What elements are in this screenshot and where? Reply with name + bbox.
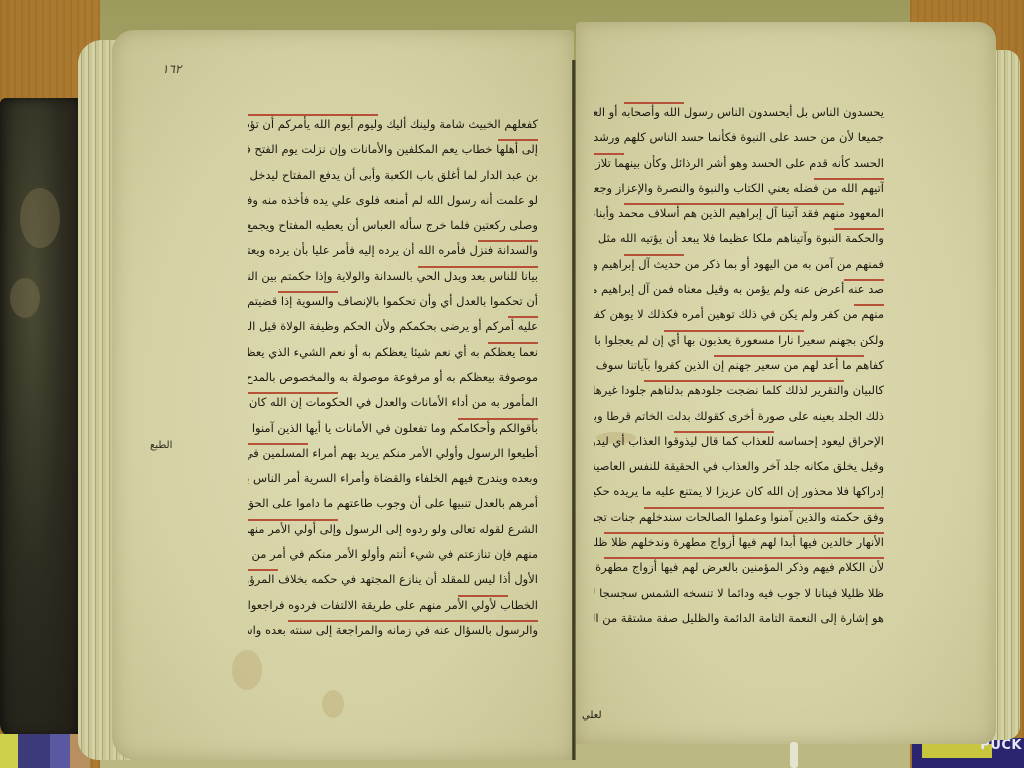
text-line: وقيل يخلق مكانه جلد آخر والعذاب في الحقي… xyxy=(594,454,884,479)
text-line: لأن الكلام فيهم وذكر المؤمنين بالعرض لهم… xyxy=(594,555,884,580)
text-line: ولكن بجهنم سعيرا نارا مسعورة يعذبون بها … xyxy=(594,328,884,353)
text-line: ذلك الجلد بعينه على صورة أخرى كقولك بدلت… xyxy=(594,404,884,429)
text-line: كفاهم ما أعد لهم من سعير جهنم إن الذين ك… xyxy=(594,353,884,378)
text-line: هو إشارة إلى النعمة التامة الدائمة والظل… xyxy=(594,606,884,631)
margin-note: الطبع xyxy=(150,440,172,451)
right-page-text: يحسدون الناس بل أيحسدون الناس رسول الله … xyxy=(594,100,884,631)
text-line: أطيعوا الرسول وأولي الأمر منكم يريد بهم … xyxy=(248,441,538,466)
text-line: الشرع لقوله تعالى ولو ردوه إلى الرسول وإ… xyxy=(248,517,538,542)
left-page-text: كفعلهم الخبيث شامة ولينك أليك وليوم أيوم… xyxy=(248,112,538,643)
text-line: والسدانة فنزل فأمره الله أن يرده إليه فأ… xyxy=(248,238,538,263)
text-line: الخطاب لأولي الأمر منهم على طريقة الالتف… xyxy=(248,593,538,618)
text-line: لو علمت أنه رسول الله لم أمنعه فلوى علي … xyxy=(248,188,538,213)
text-line: كالبيان والتقرير لذلك كلما نضجت جلودهم ب… xyxy=(594,378,884,403)
text-line: المأمور به من أداء الأمانات والعدل في ال… xyxy=(248,390,538,415)
cover-wear xyxy=(10,278,40,318)
text-line: الأول أذا ليس للمقلد أن ينازع المجتهد في… xyxy=(248,567,538,592)
text-line: منهم فإن تنازعتم في شيء أنتم وأولو الأمر… xyxy=(248,542,538,567)
book-gutter xyxy=(572,60,576,760)
text-line: نعما يعظكم به أي نعم شيئا يعظكم به أو نع… xyxy=(248,340,538,365)
book-cover xyxy=(0,98,82,738)
text-line: المعهود منهم فقد آتينا آل إبراهيم الذين … xyxy=(594,201,884,226)
text-line: كفعلهم الخبيث شامة ولينك أليك وليوم أيوم… xyxy=(248,112,538,137)
catchword: لعلي xyxy=(582,710,602,721)
cover-wear xyxy=(20,188,60,248)
text-line: وصلى ركعتين فلما خرج سأله العباس أن يعطي… xyxy=(248,213,538,238)
text-line: منهم من كفر ولم يكن في ذلك توهين أمره فك… xyxy=(594,302,884,327)
text-line: جميعا لأن من حسد على النبوة فكأنما حسد ا… xyxy=(594,125,884,150)
packaging-edge xyxy=(0,734,90,768)
folio-number: ١٦٢ xyxy=(162,62,181,76)
text-line: آتيهم الله من فضله يعني الكتاب والنبوة و… xyxy=(594,176,884,201)
text-line: بأقوالكم وأحكامكم وما تفعلون في الأمانات… xyxy=(248,416,538,441)
text-line: إلى أهلها خطاب يعم المكلفين والأمانات وإ… xyxy=(248,137,538,162)
text-line: صد عنه أعرض عنه ولم يؤمن به وقيل معناه ف… xyxy=(594,277,884,302)
text-line: أن تحكموا بالعدل أي وأن تحكموا بالإنصاف … xyxy=(248,289,538,314)
text-line: بن عبد الدار لما أغلق باب الكعبة وأبى أن… xyxy=(248,163,538,188)
text-line: وبعده ويندرج فيهم الخلفاء والقضاة وأمراء… xyxy=(248,466,538,491)
paper-stain xyxy=(322,690,344,718)
text-line: ظلا ظليلا فينانا لا جوب فيه ودائما لا تن… xyxy=(594,581,884,606)
text-line: الحسد كأنه قدم على الحسد وهو أشر الرذائل… xyxy=(594,151,884,176)
paper-stain xyxy=(232,650,262,690)
text-line: الإحراق ليعود إحساسه للعذاب كما قال ليذو… xyxy=(594,429,884,454)
bookmark-strip xyxy=(790,742,798,768)
text-line: بيانا للناس بعد ويدل الحي بالسدانة والول… xyxy=(248,264,538,289)
text-line: أمرهم بالعدل تنبيها على أن وجوب طاعتهم م… xyxy=(248,491,538,516)
text-line: فمنهم من آمن به من اليهود أو بما ذكر من … xyxy=(594,252,884,277)
text-line: عليه أمركم أو يرضى بحكمكم ولأن الحكم وظي… xyxy=(248,314,538,339)
text-line: وفق حكمته والذين آمنوا وعملوا الصالحات س… xyxy=(594,505,884,530)
text-line: الأنهار خالدين فيها أبدا لهم فيها أزواج … xyxy=(594,530,884,555)
text-line: يحسدون الناس بل أيحسدون الناس رسول الله … xyxy=(594,100,884,125)
text-line: والرسول بالسؤال عنه في زمانه والمراجعة إ… xyxy=(248,618,538,643)
text-line: والحكمة النبوة وآتيناهم ملكا عظيما فلا ي… xyxy=(594,226,884,251)
text-line: إدراكها فلا محذور إن الله كان عزيزا لا ي… xyxy=(594,479,884,504)
text-line: موصوفة بيعظكم به أو مرفوعة موصولة به وال… xyxy=(248,365,538,390)
